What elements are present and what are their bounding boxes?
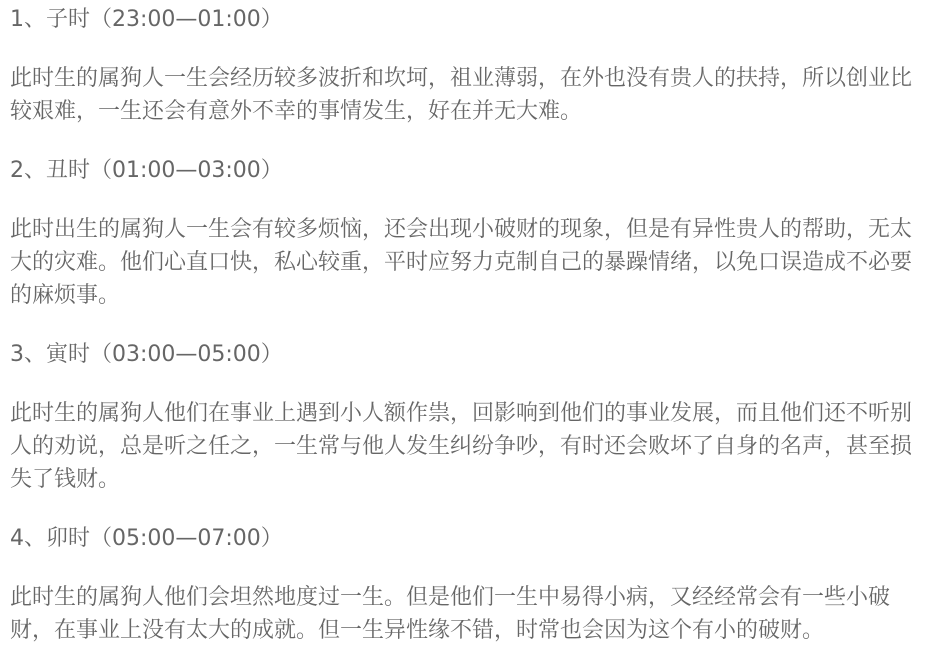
page: 1、子时（23:00—01:00） 此时生的属狗人一生会经历较多波折和坎坷，祖业… <box>0 0 925 667</box>
article-body: 1、子时（23:00—01:00） 此时生的属狗人一生会经历较多波折和坎坷，祖业… <box>0 0 925 667</box>
section-paragraph-zi: 此时生的属狗人一生会经历较多波折和坎坷，祖业薄弱，在外也没有贵人的扶持，所以创业… <box>10 62 915 128</box>
section-paragraph-mao: 此时生的属狗人他们会坦然地度过一生。但是他们一生中易得小病，又经经常会有一些小破… <box>10 581 915 647</box>
section-heading-zi: 1、子时（23:00—01:00） <box>10 3 915 36</box>
section-paragraph-chou: 此时出生的属狗人一生会有较多烦恼，还会出现小破财的现象，但是有异性贵人的帮助，无… <box>10 213 915 312</box>
section-heading-yin: 3、寅时（03:00—05:00） <box>10 338 915 371</box>
section-paragraph-yin: 此时生的属狗人他们在事业上遇到小人额作祟，回影响到他们的事业发展，而且他们还不听… <box>10 397 915 496</box>
section-heading-chou: 2、丑时（01:00—03:00） <box>10 154 915 187</box>
section-heading-mao: 4、卯时（05:00—07:00） <box>10 522 915 555</box>
